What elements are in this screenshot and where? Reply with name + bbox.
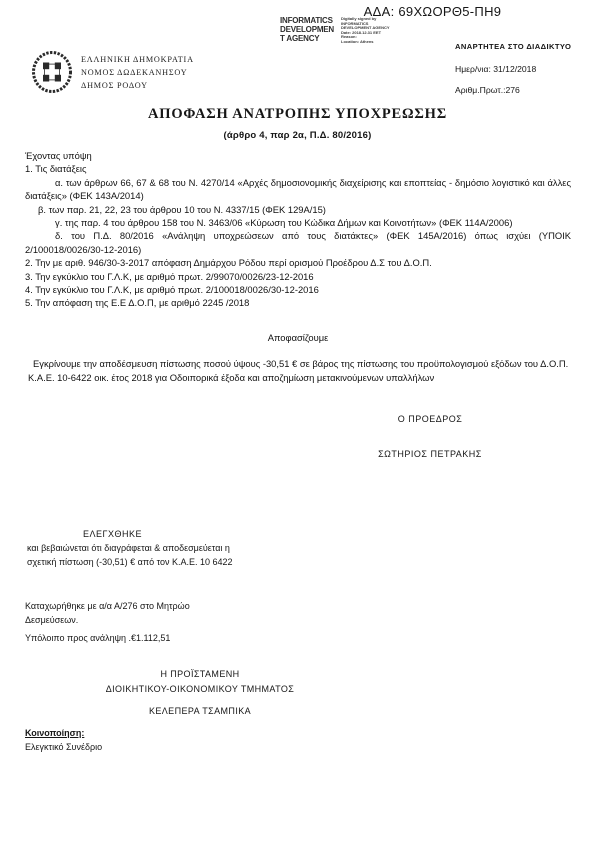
head-officer-title: Η ΠΡΟΪΣΤΑΜΕΝΗ (30, 667, 370, 682)
signing-agency-name: INFORMATICS DEVELOPMEN T AGENCY (280, 16, 336, 45)
document-body: Έχοντας υπόψη 1. Τις διατάξεις α. των άρ… (25, 149, 571, 384)
org-country: ΕΛΛΗΝΙΚΗ ΔΗΜΟΚΡΑΤΙΑ (81, 53, 194, 66)
decision-budget-line: Κ.Α.Ε. 10-6422 οικ. έτος 2018 για Οδοιπο… (25, 371, 571, 384)
body-paragraph: 4. Την εγκύκλιο του Γ.Λ.Κ, με αριθμό πρω… (25, 283, 571, 296)
greek-coat-of-arms-icon (31, 50, 73, 99)
body-paragraph: α. των άρθρων 66, 67 & 68 του Ν. 4270/14… (25, 176, 571, 203)
distribution-label: Κοινοποίηση: (25, 726, 102, 740)
org-titles: ΕΛΛΗΝΙΚΗ ΔΗΜΟΚΡΑΤΙΑ ΝΟΜΟΣ ΔΩΔΕΚΑΝΗΣΟΥ ΔΗ… (81, 50, 194, 99)
intro-line: Έχοντας υπόψη (25, 149, 571, 162)
head-officer-department: ΔΙΟΙΚΗΤΙΚΟΥ-ΟΙΚΟΝΟΜΙΚΟΥ ΤΜΗΜΑΤΟΣ (30, 682, 370, 697)
body-paragraph: 3. Την εγκύκλιο του Γ.Λ.Κ, με αριθμό πρω… (25, 270, 571, 283)
audit-line: και βεβαιώνεται ότι διαγράφεται & αποδεσ… (27, 541, 233, 555)
remaining-balance-line: Υπόλοιπο προς ανάληψη .€1.112,51 (25, 631, 190, 645)
body-paragraph: β. των παρ. 21, 22, 23 του άρθρου 10 του… (25, 203, 571, 216)
distribution-block: Κοινοποίηση: Ελεγκτικό Συνέδριο (25, 726, 102, 754)
president-signature-block: Ο ΠΡΟΕΔΡΟΣ ΣΩΤΗΡΙΟΣ ΠΕΤΡΑΚΗΣ (340, 414, 520, 459)
distribution-recipient: Ελεγκτικό Συνέδριο (25, 740, 102, 754)
head-officer-signature-block: Η ΠΡΟΪΣΤΑΜΕΝΗ ΔΙΟΙΚΗΤΙΚΟΥ-ΟΙΚΟΝΟΜΙΚΟΥ ΤΜ… (30, 667, 370, 719)
registry-block: Καταχωρήθηκε με α/α Α/276 στο Μητρώο Δεσ… (25, 599, 190, 645)
document-page: ΑΔΑ: 69ΧΩΟΡΘ5-ΠΗ9 INFORMATICS DEVELOPMEN… (0, 0, 595, 842)
president-title: Ο ΠΡΟΕΔΡΟΣ (340, 414, 520, 424)
signature-details: Digitally signed by INFORMATICS DEVELOPM… (341, 16, 390, 45)
body-paragraph: γ. της παρ. 4 του άρθρου 158 του Ν. 3463… (25, 216, 571, 229)
posted-online-label: ΑΝΑΡΤΗΤΕΑ ΣΤΟ ΔΙΑΔΙΚΤΥΟ (455, 42, 585, 51)
decision-text: Εγκρίνουμε την αποδέσμευση πίστωσης ποσο… (25, 357, 571, 370)
document-title: ΑΠΟΦΑΣΗ ΑΝΑΤΡΟΠΗΣ ΥΠΟΧΡΕΩΣΗΣ (0, 106, 595, 123)
body-paragraph: 1. Τις διατάξεις (25, 162, 571, 175)
body-paragraph: 2. Την με αριθ. 946/30-3-2017 απόφαση Δη… (25, 256, 571, 269)
audit-line: σχετική πίστωση (-30,51) € από τον Κ.Α.Ε… (27, 555, 233, 569)
audit-block: ΕΛΕΓΧΘΗΚΕ και βεβαιώνεται ότι διαγράφετα… (27, 527, 233, 569)
body-paragraph: δ. του Π.Δ. 80/2016 «Ανάληψη υποχρεώσεων… (25, 229, 571, 256)
president-name: ΣΩΤΗΡΙΟΣ ΠΕΤΡΑΚΗΣ (340, 449, 520, 459)
org-municipality: ΔΗΜΟΣ ΡΟΔΟΥ (81, 79, 194, 92)
decision-heading: Αποφασίζουμε (25, 331, 571, 344)
title-block: ΑΠΟΦΑΣΗ ΑΝΑΤΡΟΠΗΣ ΥΠΟΧΡΕΩΣΗΣ (άρθρο 4, π… (0, 106, 595, 141)
org-prefecture: ΝΟΜΟΣ ΔΩΔΕΚΑΝΗΣΟΥ (81, 66, 194, 79)
header-right-block: ΑΝΑΡΤΗΤΕΑ ΣΤΟ ΔΙΑΔΙΚΤΥΟ Ημερ/νια: 31/12/… (455, 42, 585, 95)
document-date: Ημερ/νια: 31/12/2018 (455, 64, 585, 74)
protocol-number: Αριθμ.Πρωτ.:276 (455, 85, 585, 95)
org-header: ΕΛΛΗΝΙΚΗ ΔΗΜΟΚΡΑΤΙΑ ΝΟΜΟΣ ΔΩΔΕΚΑΝΗΣΟΥ ΔΗ… (31, 50, 194, 99)
document-subtitle: (άρθρο 4, παρ 2α, Π.Δ. 80/2016) (0, 130, 595, 141)
audit-title: ΕΛΕΓΧΘΗΚΕ (83, 527, 233, 541)
registry-line: Καταχωρήθηκε με α/α Α/276 στο Μητρώο (25, 599, 190, 613)
body-paragraph: 5. Την απόφαση της Ε.Ε Δ.Ο.Π, με αριθμό … (25, 296, 571, 309)
head-officer-name: ΚΕΛΕΠΕΡΑ ΤΣΑΜΠΙΚΑ (30, 704, 370, 719)
registry-line: Δεσμεύσεων. (25, 613, 190, 627)
digital-signature-stamp: INFORMATICS DEVELOPMEN T AGENCY Digitall… (280, 16, 390, 45)
